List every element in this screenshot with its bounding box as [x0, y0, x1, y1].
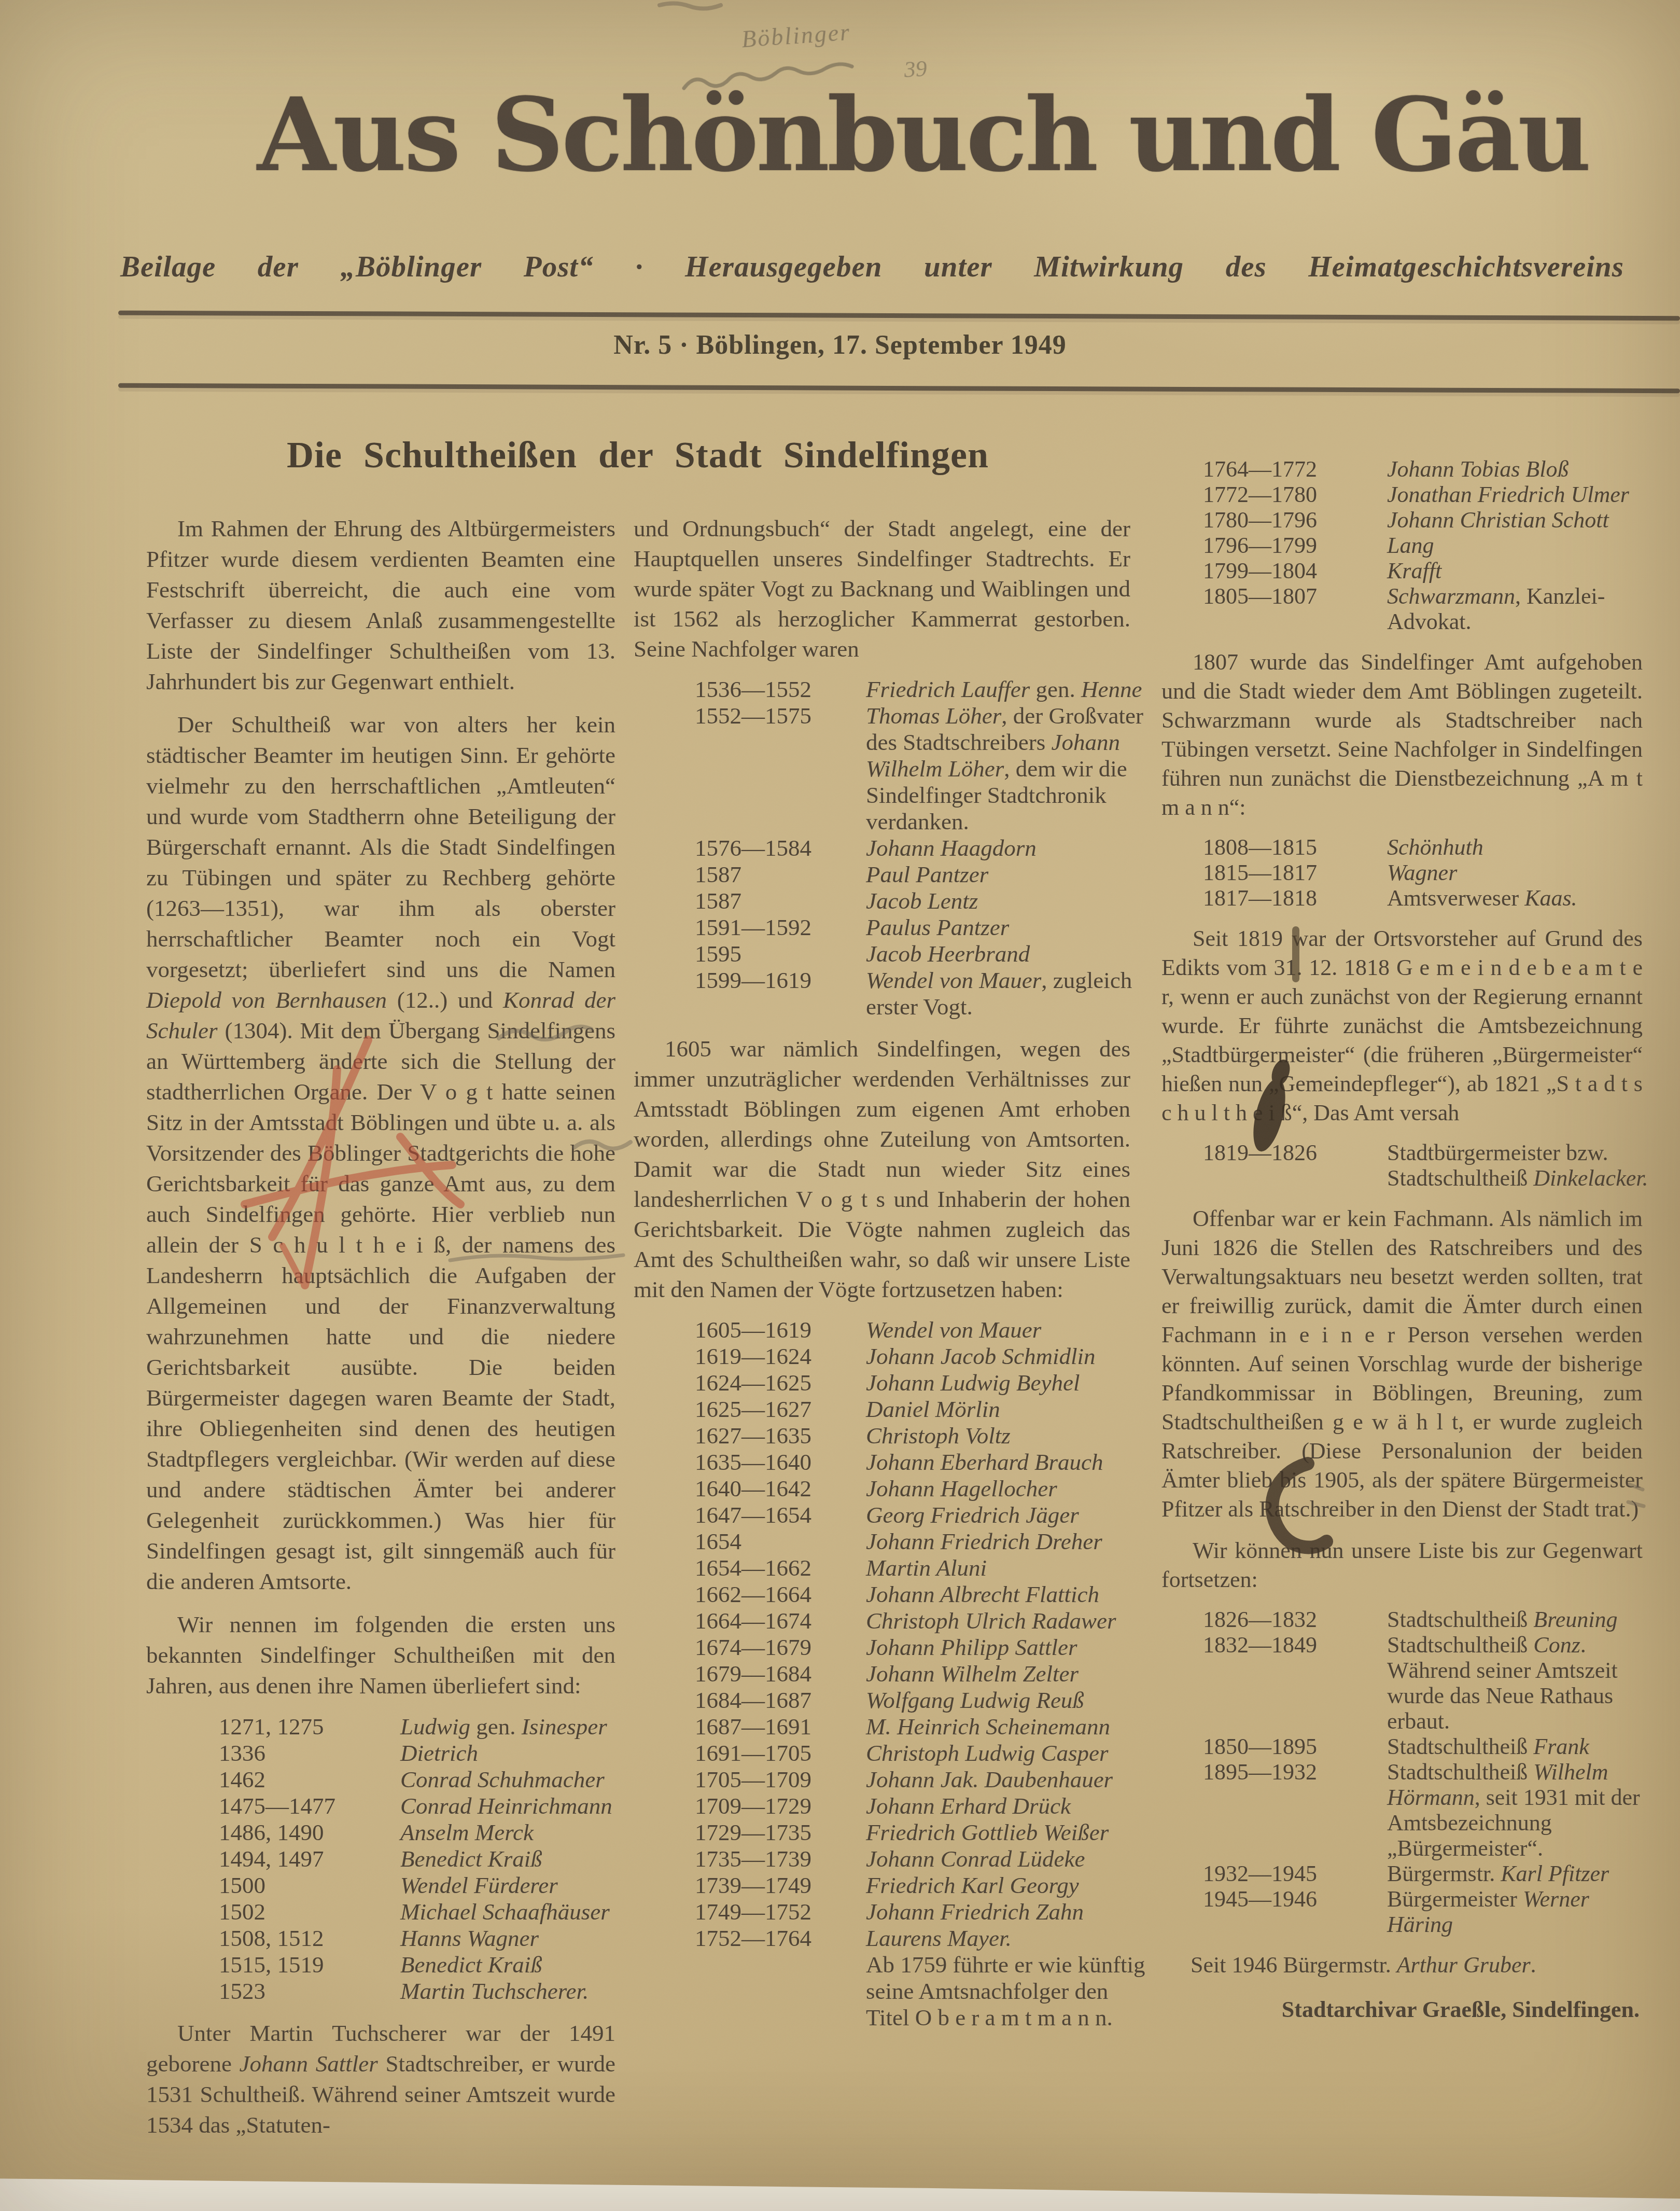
officeholder-name: Christoph Ulrich Radawer: [866, 1608, 1148, 1634]
name-emphasis: Christoph Ulrich Radawer: [866, 1608, 1116, 1634]
officeholder-name: Stadtbürgermeister bzw. Stadtschultheiß …: [1387, 1140, 1660, 1191]
year-range: 1486, 1490: [219, 1819, 400, 1846]
name-emphasis: Schönhuth: [1387, 835, 1483, 860]
year-range: 1780—1796: [1203, 507, 1387, 533]
name-emphasis: Breuning: [1533, 1607, 1617, 1632]
year-range: 1515, 1519: [219, 1952, 400, 1978]
horizontal-rule: [118, 311, 1680, 321]
list-row: 1832—1849Stadtschultheiß Conz. Während s…: [1161, 1632, 1643, 1734]
year-range: 1808—1815: [1203, 835, 1387, 860]
officeholder-name: Jacob Heerbrand: [866, 941, 1148, 967]
officeholder-name: Johann Wilhelm Zelter: [866, 1661, 1148, 1687]
name-emphasis: Johann Sattler: [240, 2051, 378, 2077]
text-run: Stadtschultheiß: [1387, 1632, 1533, 1658]
issue-date-line: Nr. 5 · Böblingen, 17. September 1949: [0, 330, 1680, 360]
officeholder-name: Bürgermeister Werner Häring: [1387, 1886, 1660, 1937]
officeholder-name: Conrad Schuhmacher: [400, 1767, 633, 1793]
year-range: 1729—1735: [695, 1819, 866, 1846]
name-emphasis: Christoph Voltz: [866, 1423, 1011, 1449]
year-range: 1502: [219, 1899, 400, 1925]
officeholder-name: Johann Eberhard Brauch: [866, 1449, 1148, 1476]
name-emphasis: Jacob Lentz: [866, 888, 978, 914]
text-run: Wir können nun unsere Liste bis zur Gege…: [1161, 1538, 1643, 1592]
column-3: 1764—1772Johann Tobias Bloß1772—1780Jona…: [1161, 449, 1643, 2037]
list-row: 1796—1799Lang: [1161, 533, 1643, 558]
year-range: 1587: [695, 888, 866, 914]
handwritten-note: Böblinger: [740, 18, 851, 53]
officeholder-name: Amtsverweser Kaas.: [1387, 885, 1660, 911]
paragraph-tuchscherer: Unter Martin Tuchscherer war der 1491 ge…: [146, 2018, 615, 2140]
name-emphasis: Johann Jak. Daubenhauer: [866, 1767, 1113, 1792]
list-row: 1749—1752Johann Friedrich Zahn: [634, 1899, 1130, 1925]
list-row: 1674—1679Johann Philipp Sattler: [634, 1634, 1130, 1661]
name-emphasis: Johann Albrecht Flattich: [866, 1581, 1099, 1607]
year-range: 1662—1664: [695, 1581, 866, 1608]
officeholder-name: Martin Aluni: [866, 1555, 1148, 1581]
name-emphasis: Wagner: [1387, 860, 1457, 885]
officeholder-name: Johann Ludwig Beyhel: [866, 1370, 1148, 1396]
list-row: 1523Martin Tuchscherer.: [146, 1978, 615, 2005]
list-row: 1684—1687Wolfgang Ludwig Reuß: [634, 1687, 1130, 1714]
nachfolger-list-1536-1619: 1536—1552Friedrich Lauffer gen. Henne155…: [634, 676, 1130, 1020]
officeholder-name: Michael Schaafhäuser: [400, 1899, 633, 1925]
name-emphasis: Wendel Fürderer: [400, 1872, 558, 1898]
year-range: 1674—1679: [695, 1634, 866, 1661]
name-emphasis: Karl Pfitzer: [1501, 1861, 1609, 1886]
name-emphasis: Michael Schaafhäuser: [400, 1899, 610, 1925]
year-range: 1709—1729: [695, 1793, 866, 1819]
name-emphasis: Johann Erhard Drück: [866, 1793, 1071, 1819]
text-run: Im Rahmen der Ehrung des Altbürgermeiste…: [146, 516, 615, 694]
officeholder-name: Christoph Voltz: [866, 1423, 1148, 1449]
author-signature: Stadtarchivar Graeßle, Sindelfingen.: [1161, 1995, 1643, 2024]
newspaper-page: Böblinger 39 Aus Schönbuch und Gäu Beila…: [0, 0, 1680, 2211]
year-range: 1552—1575: [695, 703, 866, 729]
name-emphasis: Martin Aluni: [866, 1555, 987, 1581]
name-emphasis: Christoph Ludwig Casper: [866, 1740, 1109, 1766]
officeholder-name: Wagner: [1387, 860, 1660, 885]
list-row: 1605—1619Wendel von Mauer: [634, 1317, 1130, 1343]
paragraph-intro: Im Rahmen der Ehrung des Altbürgermeiste…: [146, 513, 615, 697]
year-range: 1271, 1275: [219, 1714, 400, 1740]
officeholder-name: Friedrich Karl Georgy: [866, 1872, 1148, 1899]
officeholder-name: Johann Erhard Drück: [866, 1793, 1148, 1819]
year-range: 1624—1625: [695, 1370, 866, 1396]
name-emphasis: M. Heinrich Scheinemann: [866, 1714, 1110, 1740]
list-row: 1271, 1275Ludwig gen. Isinesper: [146, 1714, 615, 1740]
list-row: 1691—1705Christoph Ludwig Casper: [634, 1740, 1130, 1767]
officeholder-name: Paulus Pantzer: [866, 914, 1148, 941]
officeholder-name: Christoph Ludwig Casper: [866, 1740, 1148, 1767]
officeholder-name: Paul Pantzer: [866, 861, 1148, 888]
officeholder-name: Stadtschultheiß Breuning: [1387, 1607, 1660, 1632]
list-row: 1595Jacob Heerbrand: [634, 941, 1130, 967]
year-range: 1654—1662: [695, 1555, 866, 1581]
text-run: gen.: [470, 1714, 522, 1740]
list-row: 1705—1709Johann Jak. Daubenhauer: [634, 1767, 1130, 1793]
name-emphasis: Anselm Merck: [400, 1819, 534, 1845]
text-run: und Ordnungsbuch“ der Stadt angelegt, ei…: [634, 516, 1130, 662]
officeholder-name: Stadtschultheiß Frank: [1387, 1734, 1660, 1759]
year-range: 1705—1709: [695, 1767, 866, 1793]
list-row: 1945—1946Bürgermeister Werner Häring: [1161, 1886, 1643, 1937]
text-run: Amtsverweser: [1387, 885, 1524, 911]
name-emphasis: Frank: [1533, 1734, 1589, 1759]
list-row: 1815—1817Wagner: [1161, 860, 1643, 885]
officeholder-name: Johann Tobias Bloß: [1387, 456, 1660, 482]
text-run: 1605 war nämlich Sindelfingen, wegen des…: [634, 1036, 1130, 1302]
paragraph-history: Der Schultheiß war von alters her kein s…: [146, 710, 615, 1597]
article-title: Die Schultheißen der Stadt Sindelfingen: [145, 434, 1130, 477]
year-range: 1850—1895: [1203, 1734, 1387, 1759]
officeholder-name: Bürgermstr. Karl Pfitzer: [1387, 1861, 1660, 1886]
list-row: 1640—1642Johann Hagellocher: [634, 1476, 1130, 1502]
text-run: Stadtschultheiß: [1387, 1607, 1533, 1632]
text-run: Wir nennen im folgenden die ersten uns b…: [146, 1611, 615, 1699]
year-range: 1945—1946: [1203, 1886, 1387, 1912]
list-row: 1735—1739Johann Conrad Lüdeke: [634, 1846, 1130, 1872]
year-range: 1587: [695, 861, 866, 888]
text-run: gen.: [1030, 676, 1081, 702]
year-range: 1815—1817: [1203, 860, 1387, 885]
year-range: 1576—1584: [695, 835, 866, 861]
officeholder-name: Stadtschultheiß Wilhelm Hörmann, seit 19…: [1387, 1759, 1660, 1861]
officeholder-name: Johann Haagdorn: [866, 835, 1148, 861]
name-emphasis: Johann Jacob Schmidlin: [866, 1343, 1095, 1369]
name-emphasis: Benedict Kraiß: [400, 1846, 542, 1872]
list-row: 1662—1664Johann Albrecht Flattich: [634, 1581, 1130, 1608]
name-emphasis: Benedict Kraiß: [400, 1952, 542, 1978]
name-emphasis: Paul Pantzer: [866, 861, 988, 887]
list-row: 1729—1735Friedrich Gottlieb Weißer: [634, 1819, 1130, 1846]
year-range: 1605—1619: [695, 1317, 866, 1343]
name-emphasis: Kaas.: [1524, 885, 1577, 911]
name-emphasis: Johann Friedrich Zahn: [866, 1899, 1084, 1925]
text-run: Stadtschultheiß: [1387, 1734, 1533, 1759]
officeholder-name: Daniel Mörlin: [866, 1396, 1148, 1423]
list-row: 1500Wendel Fürderer: [146, 1872, 615, 1899]
list-row: 1486, 1490Anselm Merck: [146, 1819, 615, 1846]
voegte-list-1605-1764: 1605—1619Wendel von Mauer1619—1624Johann…: [634, 1317, 1130, 2031]
year-range: 1619—1624: [695, 1343, 866, 1370]
name-emphasis: Conrad Heinrichmann: [400, 1793, 612, 1819]
text-run: Der Schultheiß war von alters her kein s…: [146, 712, 615, 982]
list-row: 1627—1635Christoph Voltz: [634, 1423, 1130, 1449]
list-row: 1494, 1497Benedict Kraiß: [146, 1846, 615, 1872]
officeholder-name: Wendel von Mauer: [866, 1317, 1148, 1343]
list-row: 1654Johann Friedrich Dreher: [634, 1528, 1130, 1555]
year-range: 1735—1739: [695, 1846, 866, 1872]
year-range: 1475—1477: [219, 1793, 400, 1819]
officeholder-name: Laurens Mayer.: [866, 1925, 1148, 1952]
list-row: 1772—1780Jonathan Friedrich Ulmer: [1161, 482, 1643, 507]
name-emphasis: Dinkelacker.: [1533, 1165, 1648, 1191]
list-row: 1895—1932Stadtschultheiß Wilhelm Hörmann…: [1161, 1759, 1643, 1861]
paragraph-1807: 1807 wurde das Sindelfinger Amt aufgehob…: [1161, 648, 1643, 822]
list-row: 1462Conrad Schuhmacher: [146, 1767, 615, 1793]
name-emphasis: Hanns Wagner: [400, 1925, 539, 1951]
year-range: 1799—1804: [1203, 558, 1387, 583]
officeholder-name: Dietrich: [400, 1740, 633, 1767]
year-range: 1764—1772: [1203, 456, 1387, 482]
year-range: 1826—1832: [1203, 1607, 1387, 1632]
name-emphasis: Wendel von Mauer: [866, 967, 1041, 993]
paragraph-ordnungsbuch: und Ordnungsbuch“ der Stadt angelegt, ei…: [634, 513, 1130, 664]
name-emphasis: Lang: [1387, 533, 1434, 558]
officeholder-name: Martin Tuchscherer.: [400, 1978, 633, 2005]
officeholder-name: Johann Friedrich Dreher: [866, 1528, 1148, 1555]
year-range: 1687—1691: [695, 1714, 866, 1740]
list-row: 1624—1625Johann Ludwig Beyhel: [634, 1370, 1130, 1396]
officeholder-name: Benedict Kraiß: [400, 1952, 633, 1978]
text-run: Stadtschultheiß: [1387, 1759, 1533, 1785]
year-range: 1591—1592: [695, 914, 866, 941]
text-run: Seit 1819 war der Ortsvorsteher auf Grun…: [1161, 926, 1643, 1125]
officeholder-name: Johann Albrecht Flattich: [866, 1581, 1148, 1608]
list-row: 1709—1729Johann Erhard Drück: [634, 1793, 1130, 1819]
officeholder-name: Wolfgang Ludwig Reuß: [866, 1687, 1148, 1714]
name-emphasis: Schwarzmann: [1387, 583, 1515, 609]
officeholder-name: Anselm Merck: [400, 1819, 633, 1846]
year-range: 1817—1818: [1203, 885, 1387, 911]
name-emphasis: Laurens Mayer.: [866, 1925, 1012, 1951]
officeholder-name: Schönhuth: [1387, 835, 1660, 860]
name-emphasis: Johann Ludwig Beyhel: [866, 1370, 1080, 1396]
officeholder-name: Conrad Heinrichmann: [400, 1793, 633, 1819]
officeholder-name: Friedrich Lauffer gen. Henne: [866, 676, 1148, 703]
year-range: 1599—1619: [695, 967, 866, 994]
name-emphasis: Wendel von Mauer: [866, 1317, 1041, 1343]
officeholder-name: Thomas Löher, der Großvater des Stadtsch…: [866, 703, 1148, 835]
year-range: 1494, 1497: [219, 1846, 400, 1872]
name-emphasis: Georg Friedrich Jäger: [866, 1502, 1079, 1528]
year-range: 1739—1749: [695, 1872, 866, 1899]
year-range: 1462: [219, 1767, 400, 1793]
masthead-subtitle: Beilage der „Böblinger Post“ · Herausgeg…: [120, 250, 1624, 284]
list-row: 1819—1826Stadtbürgermeister bzw. Stadtsc…: [1161, 1140, 1643, 1191]
year-range: 1752—1764: [695, 1925, 866, 1952]
year-range: 1679—1684: [695, 1661, 866, 1687]
name-emphasis: Wolfgang Ludwig Reuß: [866, 1687, 1084, 1713]
officeholder-name: Schwarzmann, Kanzlei-Advokat.: [1387, 583, 1660, 634]
name-emphasis: Conrad Schuhmacher: [400, 1767, 605, 1792]
name-emphasis: Conz: [1533, 1632, 1580, 1658]
year-range: 1932—1945: [1203, 1861, 1387, 1886]
officeholder-name: Ab 1759 führte er wie künftig seine Amts…: [866, 1952, 1148, 2031]
year-range: 1595: [695, 941, 866, 967]
name-emphasis: Paulus Pantzer: [866, 914, 1009, 940]
list-row: 1515, 1519Benedict Kraiß: [146, 1952, 615, 1978]
name-emphasis: Diepold von Bernhausen: [146, 987, 387, 1013]
text-run: (12..) und: [387, 987, 503, 1013]
name-emphasis: Jacob Heerbrand: [866, 941, 1030, 967]
officeholder-name: Johann Jacob Schmidlin: [866, 1343, 1148, 1370]
column-2: und Ordnungsbuch“ der Stadt angelegt, ei…: [634, 513, 1130, 2045]
text-run: Seit 1946 Bürgermstr.: [1191, 1952, 1397, 1978]
list-row: 1475—1477Conrad Heinrichmann: [146, 1793, 615, 1819]
name-emphasis: Martin Tuchscherer.: [400, 1978, 589, 2004]
name-emphasis: Arthur Gruber: [1397, 1952, 1531, 1978]
stadtbuergermeister-list-1819-1826: 1819—1826Stadtbürgermeister bzw. Stadtsc…: [1161, 1140, 1643, 1191]
year-range: 1627—1635: [695, 1423, 866, 1449]
list-row: 1552—1575Thomas Löher, der Großvater des…: [634, 703, 1130, 835]
horizontal-rule: [118, 383, 1680, 394]
paragraph-list-lead: Wir nennen im folgenden die ersten uns b…: [146, 1609, 615, 1701]
year-range: 1832—1849: [1203, 1632, 1387, 1658]
name-emphasis: Isinesper: [522, 1714, 607, 1740]
paragraph-1605: 1605 war nämlich Sindelfingen, wegen des…: [634, 1034, 1130, 1304]
name-emphasis: Daniel Mörlin: [866, 1396, 1000, 1422]
name-emphasis: Friedrich Lauffer: [866, 676, 1030, 702]
text-run: .: [1531, 1952, 1536, 1978]
name-emphasis: Johann Tobias Bloß: [1387, 456, 1569, 482]
officeholder-name: Benedict Kraiß: [400, 1846, 633, 1872]
list-row: 1679—1684Johann Wilhelm Zelter: [634, 1661, 1130, 1687]
name-emphasis: Johann Haagdorn: [866, 835, 1037, 861]
officeholder-name: Friedrich Gottlieb Weißer: [866, 1819, 1148, 1846]
year-range: 1749—1752: [695, 1899, 866, 1925]
name-emphasis: Johann Eberhard Brauch: [866, 1449, 1103, 1475]
officeholder-name: Ludwig gen. Isinesper: [400, 1714, 633, 1740]
list-row: 1619—1624Johann Jacob Schmidlin: [634, 1343, 1130, 1370]
year-range: 1336: [219, 1740, 400, 1767]
officeholder-name: Lang: [1387, 533, 1660, 558]
officeholder-name: Jacob Lentz: [866, 888, 1148, 914]
officeholder-name: Johann Hagellocher: [866, 1476, 1148, 1502]
list-row: 1587Jacob Lentz: [634, 888, 1130, 914]
name-emphasis: Johann Friedrich Dreher: [866, 1528, 1102, 1554]
list-row: 1591—1592Paulus Pantzer: [634, 914, 1130, 941]
year-range: 1796—1799: [1203, 533, 1387, 558]
list-row: 1799—1804Krafft: [1161, 558, 1643, 583]
year-range: 1508, 1512: [219, 1925, 400, 1952]
masthead-title: Aus Schönbuch und Gäu: [223, 82, 1623, 188]
amtmann-list-1808-1818: 1808—1815Schönhuth1815—1817Wagner1817—18…: [1161, 835, 1643, 911]
year-range: 1635—1640: [695, 1449, 866, 1476]
scanner-bed-edge: [0, 2163, 1680, 2211]
officeholder-name: Johann Christian Schott: [1387, 507, 1660, 533]
list-row: 1764—1772Johann Tobias Bloß: [1161, 456, 1643, 482]
officeholder-name: Johann Conrad Lüdeke: [866, 1846, 1148, 1872]
officeholder-name: Johann Friedrich Zahn: [866, 1899, 1148, 1925]
list-row: 1932—1945Bürgermstr. Karl Pfitzer: [1161, 1861, 1643, 1886]
paragraph-breuning: Offenbar war er kein Fachmann. Als nämli…: [1161, 1204, 1643, 1524]
name-emphasis: Henne: [1081, 676, 1142, 702]
name-emphasis: Thomas Löher: [866, 703, 1001, 729]
list-row: 1599—1619Wendel von Mauer, zugleich erst…: [634, 967, 1130, 1020]
officeholder-name: Georg Friedrich Jäger: [866, 1502, 1148, 1528]
officeholder-name: Jonathan Friedrich Ulmer: [1387, 482, 1660, 507]
text-run: Bürgermeister: [1387, 1886, 1523, 1912]
list-row: 1635—1640Johann Eberhard Brauch: [634, 1449, 1130, 1476]
list-row: 1508, 1512Hanns Wagner: [146, 1925, 615, 1952]
list-row: 1826—1832Stadtschultheiß Breuning: [1161, 1607, 1643, 1632]
text-run: 1807 wurde das Sindelfinger Amt aufgehob…: [1161, 649, 1643, 820]
list-row: 1850—1895Stadtschultheiß Frank: [1161, 1734, 1643, 1759]
list-row: 1752—1764Laurens Mayer.: [634, 1925, 1130, 1952]
schultheissen-list-13th-16th-century: 1271, 1275Ludwig gen. Isinesper1336Dietr…: [146, 1714, 615, 2005]
list-row: 1817—1818Amtsverweser Kaas.: [1161, 885, 1643, 911]
list-row: 1536—1552Friedrich Lauffer gen. Henne: [634, 676, 1130, 703]
column-1: Im Rahmen der Ehrung des Altbürgermeiste…: [146, 513, 615, 2153]
officeholder-name: Wendel Fürderer: [400, 1872, 633, 1899]
oberamtmann-list-1764-1807: 1764—1772Johann Tobias Bloß1772—1780Jona…: [1161, 456, 1643, 634]
year-range: 1684—1687: [695, 1687, 866, 1714]
year-range: 1691—1705: [695, 1740, 866, 1767]
year-range: 1664—1674: [695, 1608, 866, 1634]
name-emphasis: Friedrich Gottlieb Weißer: [866, 1819, 1109, 1845]
name-emphasis: Johann Conrad Lüdeke: [866, 1846, 1085, 1872]
officeholder-name: Stadtschultheiß Conz. Während seiner Amt…: [1387, 1632, 1660, 1734]
year-range: 1640—1642: [695, 1476, 866, 1502]
year-range: 1895—1932: [1203, 1759, 1387, 1785]
stadtschultheiss-list-1826-1946: 1826—1832Stadtschultheiß Breuning1832—18…: [1161, 1607, 1643, 1937]
name-emphasis: Johann Wilhelm Zelter: [866, 1661, 1079, 1687]
list-row: 1576—1584Johann Haagdorn: [634, 835, 1130, 861]
paragraph-liste-gegenwart: Wir können nun unsere Liste bis zur Gege…: [1161, 1536, 1643, 1594]
year-range: 1654: [695, 1528, 866, 1555]
name-emphasis: Dietrich: [400, 1740, 478, 1766]
officeholder-name: Wendel von Mauer, zugleich erster Vogt.: [866, 967, 1148, 1020]
officeholder-name: Krafft: [1387, 558, 1660, 583]
name-emphasis: Krafft: [1387, 558, 1441, 583]
list-row: Ab 1759 führte er wie künftig seine Amts…: [634, 1952, 1130, 2031]
list-row: 1336Dietrich: [146, 1740, 615, 1767]
list-row: 1587Paul Pantzer: [634, 861, 1130, 888]
text-run: (1304). Mit dem Übergang Sindelfingens a…: [146, 1018, 615, 1594]
year-range: 1536—1552: [695, 676, 866, 703]
list-row: 1805—1807Schwarzmann, Kanzlei-Advokat.: [1161, 583, 1643, 634]
text-run: Offenbar war er kein Fachmann. Als nämli…: [1161, 1206, 1643, 1522]
paragraph-1819: Seit 1819 war der Ortsvorsteher auf Grun…: [1161, 924, 1643, 1128]
list-row: 1502Michael Schaafhäuser: [146, 1899, 615, 1925]
list-row: 1687—1691M. Heinrich Scheinemann: [634, 1714, 1130, 1740]
officeholder-name: M. Heinrich Scheinemann: [866, 1714, 1148, 1740]
year-range: 1772—1780: [1203, 482, 1387, 507]
year-range: 1647—1654: [695, 1502, 866, 1528]
list-row: 1647—1654Georg Friedrich Jäger: [634, 1502, 1130, 1528]
list-row: 1625—1627Daniel Mörlin: [634, 1396, 1130, 1423]
paragraph-seit-1946: Seit 1946 Bürgermstr. Arthur Gruber.: [1191, 1951, 1643, 1980]
year-range: 1819—1826: [1203, 1140, 1387, 1165]
name-emphasis: Friedrich Karl Georgy: [866, 1872, 1079, 1898]
text-run: Ab 1759 führte er wie künftig seine Amts…: [866, 1952, 1145, 2031]
name-emphasis: Jonathan Friedrich Ulmer: [1387, 482, 1629, 507]
name-emphasis: Johann Christian Schott: [1387, 507, 1609, 533]
year-range: 1625—1627: [695, 1396, 866, 1423]
officeholder-name: Johann Philipp Sattler: [866, 1634, 1148, 1661]
officeholder-name: Hanns Wagner: [400, 1925, 633, 1952]
list-row: 1780—1796Johann Christian Schott: [1161, 507, 1643, 533]
name-emphasis: Johann Hagellocher: [866, 1476, 1057, 1501]
list-row: 1664—1674Christoph Ulrich Radawer: [634, 1608, 1130, 1634]
name-emphasis: Johann Philipp Sattler: [866, 1634, 1077, 1660]
year-range: 1500: [219, 1872, 400, 1899]
name-emphasis: Ludwig: [400, 1714, 470, 1740]
list-row: 1808—1815Schönhuth: [1161, 835, 1643, 860]
list-row: 1654—1662Martin Aluni: [634, 1555, 1130, 1581]
officeholder-name: Johann Jak. Daubenhauer: [866, 1767, 1148, 1793]
list-row: 1739—1749Friedrich Karl Georgy: [634, 1872, 1130, 1899]
year-range: 1805—1807: [1203, 583, 1387, 609]
year-range: 1523: [219, 1978, 400, 2005]
text-run: Bürgermstr.: [1387, 1861, 1501, 1886]
